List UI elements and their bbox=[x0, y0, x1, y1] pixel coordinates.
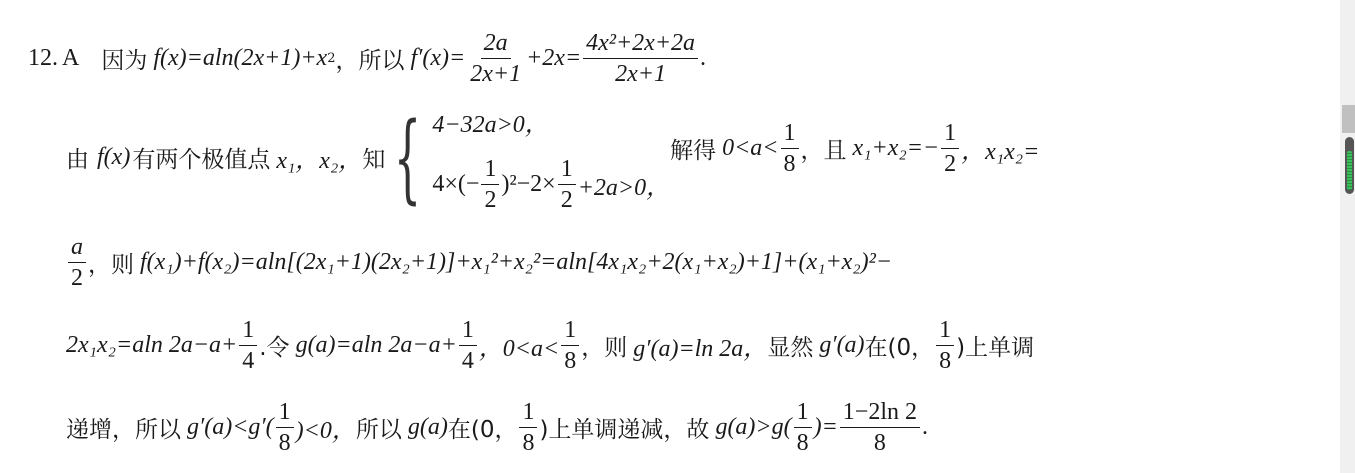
solution-line-3: a2 ，则 f(x₁)+f(x₂)=aln[(2x₁+1)(2x₂+1)]+x₁… bbox=[66, 232, 892, 292]
exponent: 2 bbox=[327, 51, 335, 66]
text: 知 bbox=[362, 141, 385, 174]
left-brace-icon: { bbox=[394, 110, 421, 206]
problem-answer: A bbox=[62, 45, 79, 72]
fraction: 1−2ln 28 bbox=[840, 400, 920, 455]
fraction: 18 bbox=[936, 318, 954, 373]
fraction: 14 bbox=[239, 318, 257, 373]
fraction: 18 bbox=[519, 400, 537, 455]
expression: +2x= bbox=[526, 45, 581, 72]
text: ，则 bbox=[88, 246, 134, 279]
text: 有两个极值点 bbox=[132, 141, 270, 174]
function: f(x) bbox=[97, 144, 130, 171]
fraction: 4x²+2x+2a2x+1 bbox=[583, 31, 698, 86]
fraction: 14 bbox=[459, 318, 477, 373]
solution-line-5: 递增，所以 g′(a)<g′( 18 )<0， 所以 g(a) 在(0， 18 … bbox=[66, 397, 928, 457]
case-condition-2: 4×(− 12 )²−2× 12 +2a>0， bbox=[432, 157, 670, 212]
solution-line-2: 由 f(x) 有两个极值点 x₁，x₂， 知 { 4−32a>0， 4×(− 1… bbox=[66, 100, 1039, 215]
solution-line-1: 12. A 因为 f(x)=aln(2x+1)+x2 ，所以 f′(x)= 2a… bbox=[28, 28, 706, 88]
derivative: f′(x)= bbox=[410, 45, 465, 72]
text: 由 bbox=[66, 141, 89, 174]
solution-result: 解得 0<a< 18 ，且 x₁+x₂=− 12 ，x₁x₂= bbox=[670, 121, 1039, 176]
scrollbar-thumb[interactable] bbox=[1342, 105, 1355, 133]
document-page: 12. A 因为 f(x)=aln(2x+1)+x2 ，所以 f′(x)= 2a… bbox=[0, 0, 1340, 473]
vertical-scrollbar[interactable] bbox=[1340, 0, 1355, 473]
variables: x₁，x₂， bbox=[276, 140, 362, 175]
text: ，所以 bbox=[335, 42, 404, 75]
case-system: { 4−32a>0， 4×(− 12 )²−2× 12 +2a>0， bbox=[385, 104, 670, 212]
fraction: 18 bbox=[561, 318, 579, 373]
fraction: a2 bbox=[68, 235, 86, 290]
fraction: 2a2x+1 bbox=[467, 31, 524, 86]
period: . bbox=[700, 45, 706, 72]
problem-number: 12. bbox=[28, 45, 58, 72]
case-condition-1: 4−32a>0， bbox=[432, 104, 670, 139]
scroll-position-indicator[interactable] bbox=[1345, 137, 1354, 194]
fraction: 18 bbox=[276, 400, 294, 455]
fraction: 18 bbox=[794, 400, 812, 455]
expression: f(x₁)+f(x₂)=aln[(2x₁+1)(2x₂+1)]+x₁²+x₂²=… bbox=[140, 249, 892, 276]
solution-line-4: 2x₁x₂=aln 2a−a+ 14 .令 g(a)=aln 2a−a+ 14 … bbox=[66, 315, 1034, 375]
text: 因为 bbox=[101, 42, 147, 75]
function-definition: f(x)=aln(2x+1)+x bbox=[153, 45, 327, 72]
